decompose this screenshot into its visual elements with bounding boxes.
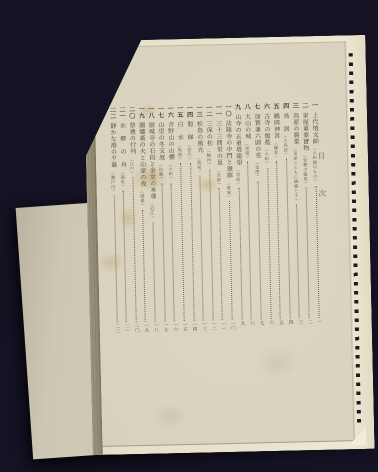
toc-entry-number: 七 [253, 103, 260, 110]
toc-entry-text: 一七山里の冬支度（信濃） [157, 105, 166, 181]
toc-entry-text: 四鳥 居（大鳥居） [282, 103, 290, 158]
toc-entry-location: （大鳥居） [283, 134, 289, 158]
dotted-leader [190, 163, 195, 321]
toc-entry-title: 三保の松 [205, 120, 213, 146]
toc-entry-title: 磐 梯 [186, 121, 193, 141]
dotted-leader [143, 210, 147, 322]
toc-entry-number: 三 [291, 102, 298, 109]
toc-entry-location: （羽前） [236, 167, 241, 186]
toc-entry-number: 五 [272, 103, 279, 110]
dotted-leader [276, 161, 281, 319]
toc-entry-location: （尾張） [245, 141, 250, 160]
toc-entry-location: （金澤） [255, 160, 260, 179]
toc-entry-page-number: 一九 [143, 323, 148, 332]
toc-entry-page-number: 二〇 [134, 323, 139, 332]
toc-entry-text: 八犬山の城（尾張） [243, 103, 251, 159]
toc-entry-location: （近江） [150, 202, 155, 221]
toc-entry-page-number: 一 [316, 319, 321, 328]
toc-entry-page-number: 八 [249, 320, 254, 329]
toc-entry-location: （駿河） [207, 148, 212, 167]
toc-entry-page-number: 七 [259, 320, 264, 329]
toc-entry-page-number: 二一 [124, 323, 129, 332]
toc-entry-location: （安藝の嚴島） [303, 153, 309, 186]
dotted-leader [132, 177, 136, 322]
toc-entry-number: 一四 [185, 105, 192, 118]
toc-entry-page-number: 九 [239, 321, 244, 330]
toc-entry-title: 靜かな港の夕暮 [109, 123, 117, 169]
toc-entry-text: 一五白 水（筑後） [176, 105, 184, 161]
toc-entry-number: 一八 [147, 106, 154, 119]
toc-entry-number: 一二 [205, 104, 212, 117]
toc-entry-title: 古寺の伽藍 [263, 113, 271, 146]
toc-entry-page-number: 五 [278, 320, 283, 329]
toc-entry-number: 一五 [176, 105, 183, 118]
toc-entry-number: 四 [282, 103, 289, 110]
toc-entry-title: 法隆寺の中門と廻廊 [224, 120, 232, 179]
toc-entry-location: （江戸） [130, 157, 135, 176]
toc-entry-number: 一七 [157, 105, 164, 118]
toc-entry-title: 吉野山の山櫻 [166, 121, 174, 160]
toc-entry-location: （大和） [264, 147, 269, 166]
toc-entry-location: （越後） [140, 189, 145, 208]
dotted-leader [229, 201, 233, 320]
dotted-leader [315, 186, 319, 318]
toc-entry-location: （陸前） [197, 155, 202, 174]
toc-entry-location: （鎌倉） [274, 140, 279, 159]
dotted-leader [113, 196, 117, 323]
toc-entry-number: 一一 [214, 104, 221, 117]
toc-entry-page-number: 三 [297, 319, 302, 328]
toc-entry-number: 二 [301, 102, 308, 109]
toc-entry-page-number: 一八 [153, 323, 158, 332]
toc-entry-text: 一四磐 梯（岩代） [185, 105, 193, 161]
toc-entry-location: （潮来） [120, 170, 125, 189]
dotted-leader [123, 191, 127, 323]
toc-entry-text: 二〇祭禮の行列（江戸） [128, 106, 137, 175]
toc-entry-number: 八 [243, 103, 250, 110]
dotted-leader [180, 163, 185, 321]
toc-entry-number: 一六 [166, 105, 173, 118]
toc-entry-text: 一一三十三間堂の夏（京都） [214, 104, 223, 186]
dotted-leader [161, 183, 165, 321]
dotted-leader [257, 181, 261, 319]
toc-entry-title: 加賀兼六園の雪 [253, 113, 261, 159]
dotted-leader [306, 188, 310, 319]
toc-entry-title: 松島の風光 [195, 121, 203, 154]
toc-entry-page-number: 二二 [114, 324, 119, 333]
dotted-leader [247, 162, 252, 320]
toc-entry-number: 二一 [118, 106, 125, 119]
toc-entry-location: （斑鳩） [227, 180, 232, 199]
dotted-leader [238, 188, 242, 320]
toc-entry-text: 六古寺の伽藍（大和） [262, 103, 270, 166]
toc-entry-text: 二家屋重要寶物（安藝の嚴島） [301, 102, 310, 185]
toc-entry-text: 九山寺の五重塔遠望（羽前） [233, 104, 242, 186]
toc-entry-page-number: 一四 [191, 322, 196, 331]
toc-entry-title: 山里の冬支度 [157, 121, 165, 160]
toc-entry-title: 白 水 [176, 121, 183, 141]
toc-entry-page-number: 一五 [182, 322, 187, 331]
toc-entry-text: 一三松島の風光（陸前） [195, 105, 204, 174]
toc-entry-title: 上代埴文師 [311, 111, 319, 144]
toc-entry-number: 二二 [108, 107, 115, 120]
toc-entry-location: （瀬戸内） [111, 170, 117, 194]
toc-columns: 一上代埴文師（大和國のもの）一二家屋重要寶物（安藝の嚴島）二三高原の農業（家屋と… [107, 102, 324, 333]
toc-entry-title: 園城寺の石段と金堂の本尊 [147, 122, 156, 200]
toc-entry-page-number: 一二 [211, 321, 216, 330]
book: 目次 一上代埴文師（大和國のもの）一二家屋重要寶物（安藝の嚴島）二三高原の農業（… [83, 35, 374, 455]
toc-entry-location: （京都） [217, 168, 222, 187]
dotted-leader [267, 168, 271, 319]
dotted-leader [219, 188, 223, 320]
toc-entry-title: 鳥 居 [282, 112, 289, 132]
toc-entry-location: （信濃） [159, 162, 164, 181]
toc-entry-page-number: 一〇 [230, 321, 235, 330]
toc-entry-text: 五鶴岡神宮（鎌倉） [272, 103, 280, 159]
toc-entry-location: （大和國のもの） [312, 146, 318, 184]
dotted-leader [171, 183, 175, 321]
toc-entry-page-number: 一一 [220, 321, 225, 330]
toc-entry-text: 一六吉野山の山櫻（大和） [166, 105, 175, 181]
toc-entry-number: 一三 [195, 105, 202, 118]
toc-entry-number: 六 [262, 103, 269, 110]
toc-entry-page-number: 一七 [162, 322, 167, 331]
toc-entry-page-number: 六 [268, 320, 273, 329]
dotted-leader [297, 205, 301, 319]
toc-entry-text: 七加賀兼六園の雪（金澤） [253, 103, 262, 179]
dotted-leader [286, 159, 291, 319]
toc-entry-location: （筑後） [178, 143, 183, 162]
dotted-leader [200, 176, 204, 321]
toc-entry-text: 一二三保の松（駿河） [205, 104, 213, 167]
toc-entry-number: 九 [233, 104, 240, 111]
toc-entry-title: 三十三間堂の夏 [215, 120, 223, 166]
toc-entry-title: 犬山の城 [243, 113, 251, 139]
toc-entry-location: （家屋とともに國寶とす） [293, 146, 299, 202]
toc-entry-title: 水 郷 の 舟 [118, 122, 126, 168]
toc-entry-title: 鶴岡神宮 [272, 112, 280, 138]
dotted-leader [153, 222, 156, 321]
toc-entry-location: （大和） [168, 162, 173, 181]
toc-entry-location: （岩代） [187, 142, 192, 161]
toc-entry-number: 一九 [137, 106, 144, 119]
toc-entry-title: 祭禮の行列 [128, 122, 136, 155]
toc-entry-number: 一〇 [224, 104, 231, 117]
toc-entry-number: 二〇 [128, 106, 135, 119]
toc-entry-title: 高原の農業 [291, 112, 299, 145]
toc-entry-text: 一上代埴文師（大和國のもの） [310, 102, 319, 184]
toc-entry-page-number: 一六 [172, 322, 177, 331]
toc-entry-page-number: 一三 [201, 322, 206, 331]
toc-entry-title: 家屋重要寶物 [301, 112, 309, 151]
toc-entry-title: 圍爐裏の火と山家の夜 [138, 122, 146, 187]
toc-entry-number: 一 [310, 102, 317, 109]
toc-entry-page-number: 二 [307, 319, 312, 328]
toc-entry-page-number: 四 [288, 320, 293, 329]
toc-entry-text: 二一水 郷 の 舟（潮来） [118, 106, 127, 188]
toc-entry-title: 山寺の五重塔遠望 [234, 113, 242, 165]
photo-stage: 目次 一上代埴文師（大和國のもの）一二家屋重要寶物（安藝の嚴島）二三高原の農業（… [0, 0, 378, 472]
dotted-leader [209, 169, 213, 320]
